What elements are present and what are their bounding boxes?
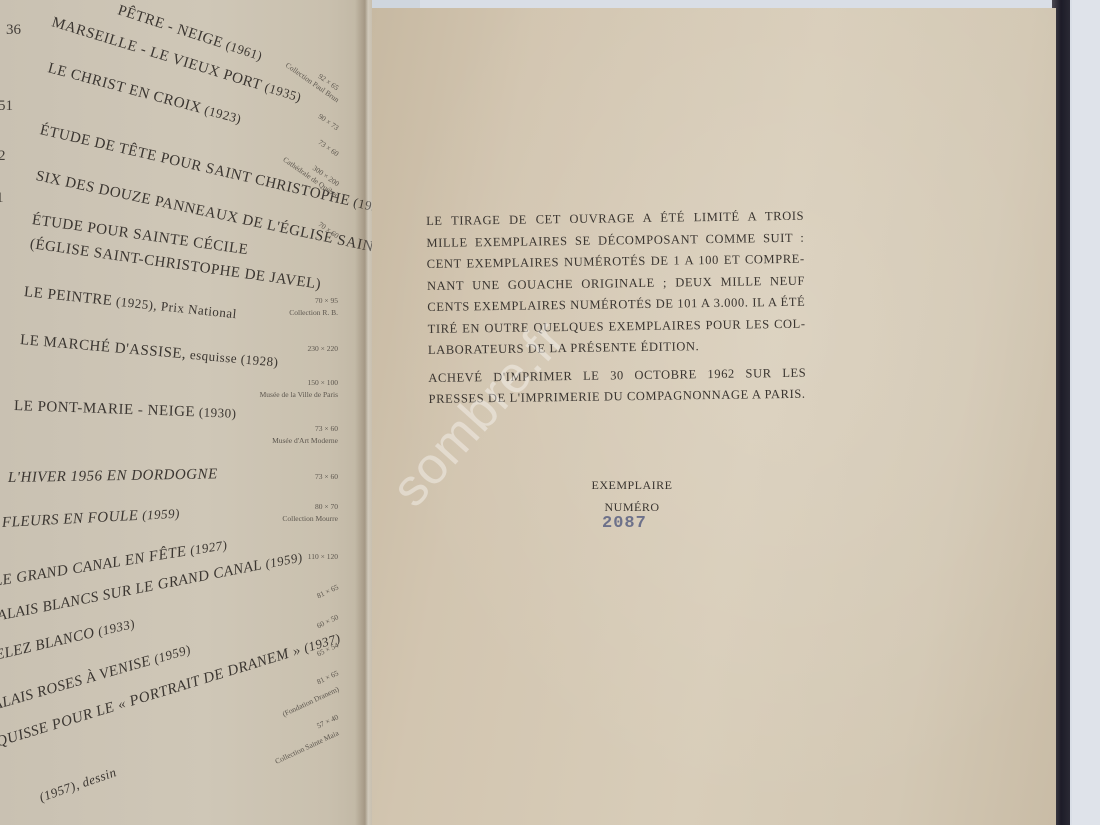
entry-title: Velez Blanco [0, 625, 96, 666]
catalogue-entry: Le Marché d'Assise, esquisse (1928) [19, 332, 279, 372]
catalogue-note: 70 × 95 [315, 296, 338, 305]
catalogue-entry: L'Hiver 1956 en Dordogne [8, 466, 218, 487]
entry-title: Le Pont-Marie - Neige [14, 398, 196, 420]
margin-number: 2 [0, 148, 6, 165]
catalogue-note: 73 × 60 [315, 472, 338, 481]
entry-detail: (1923) [199, 101, 243, 126]
catalogue-note: 230 × 220 [308, 344, 338, 353]
entry-detail: (1930) [195, 404, 237, 420]
entry-detail: (1925), Prix National [112, 293, 238, 321]
catalogue-note: Musée d'Art Moderne [272, 436, 338, 445]
entry-title: Fleurs en foule [2, 508, 139, 531]
catalogue-note: Collection Sainte Maia [273, 728, 339, 765]
catalogue-note: 73 × 60 [317, 138, 341, 159]
background-right [1072, 0, 1100, 825]
margin-number: 51 [0, 98, 13, 115]
catalogue-note: 110 × 120 [308, 552, 338, 561]
right-page: Le tirage de cet ouvrage a été limité a … [372, 8, 1056, 825]
entry-detail: (1933) [93, 616, 137, 640]
catalogue-entry: (1957), dessin [37, 764, 119, 806]
margin-number: 1 [0, 190, 4, 207]
catalogue-entry: Le Pont-Marie - Neige (1930) [14, 398, 237, 423]
catalogue-note: 90 × 73 [317, 112, 341, 133]
catalogue-entry: Velez Blanco (1933) [0, 616, 137, 667]
catalogue-note: 80 × 70 [315, 502, 338, 511]
entry-detail: (1959) [260, 549, 304, 572]
page-gutter [355, 0, 372, 825]
entry-detail: (1927) [185, 537, 228, 558]
entry-detail: (1957), dessin [37, 764, 118, 804]
entry-detail: (1961) [220, 36, 264, 63]
margin-number: 36 [6, 22, 21, 39]
catalogue-entry: Le Peintre (1925), Prix National [23, 284, 237, 323]
catalogue-note: 150 × 100 [308, 378, 338, 387]
catalogue-note: Musée de la Ville de Paris [260, 390, 338, 399]
entry-detail: (1959) [148, 642, 192, 668]
catalogue-note: 73 × 60 [315, 424, 338, 433]
entry-detail: esquisse (1928) [186, 347, 279, 370]
left-page: 36 51 2 1 Pêtre - Neige (1961)Marseille … [0, 0, 372, 825]
entry-detail: (1959) [138, 506, 180, 523]
catalogue-note: 60 × 50 [315, 612, 340, 630]
entry-title: Étude de tête pour Saint Christophe [38, 122, 351, 209]
catalogue-entry: Fleurs en foule (1959) [2, 506, 181, 532]
catalogue-note: Collection R. B. [289, 308, 338, 317]
entry-detail: (1935) [259, 78, 303, 104]
entry-title: Le Peintre [23, 284, 113, 309]
copy-label: Exemplaire [572, 478, 692, 493]
entry-title: Le Marché d'Assise, [19, 332, 187, 362]
number-label: Numéro [572, 500, 692, 515]
catalogue-note: 81 × 65 [315, 582, 340, 600]
entry-title: L'Hiver 1956 en Dordogne [8, 466, 218, 486]
edition-statement: Le tirage de cet ouvrage a été limité a … [426, 206, 806, 362]
copy-number-stamp: 2087 [602, 514, 647, 533]
catalogue-note: Collection Mourre [282, 514, 338, 523]
